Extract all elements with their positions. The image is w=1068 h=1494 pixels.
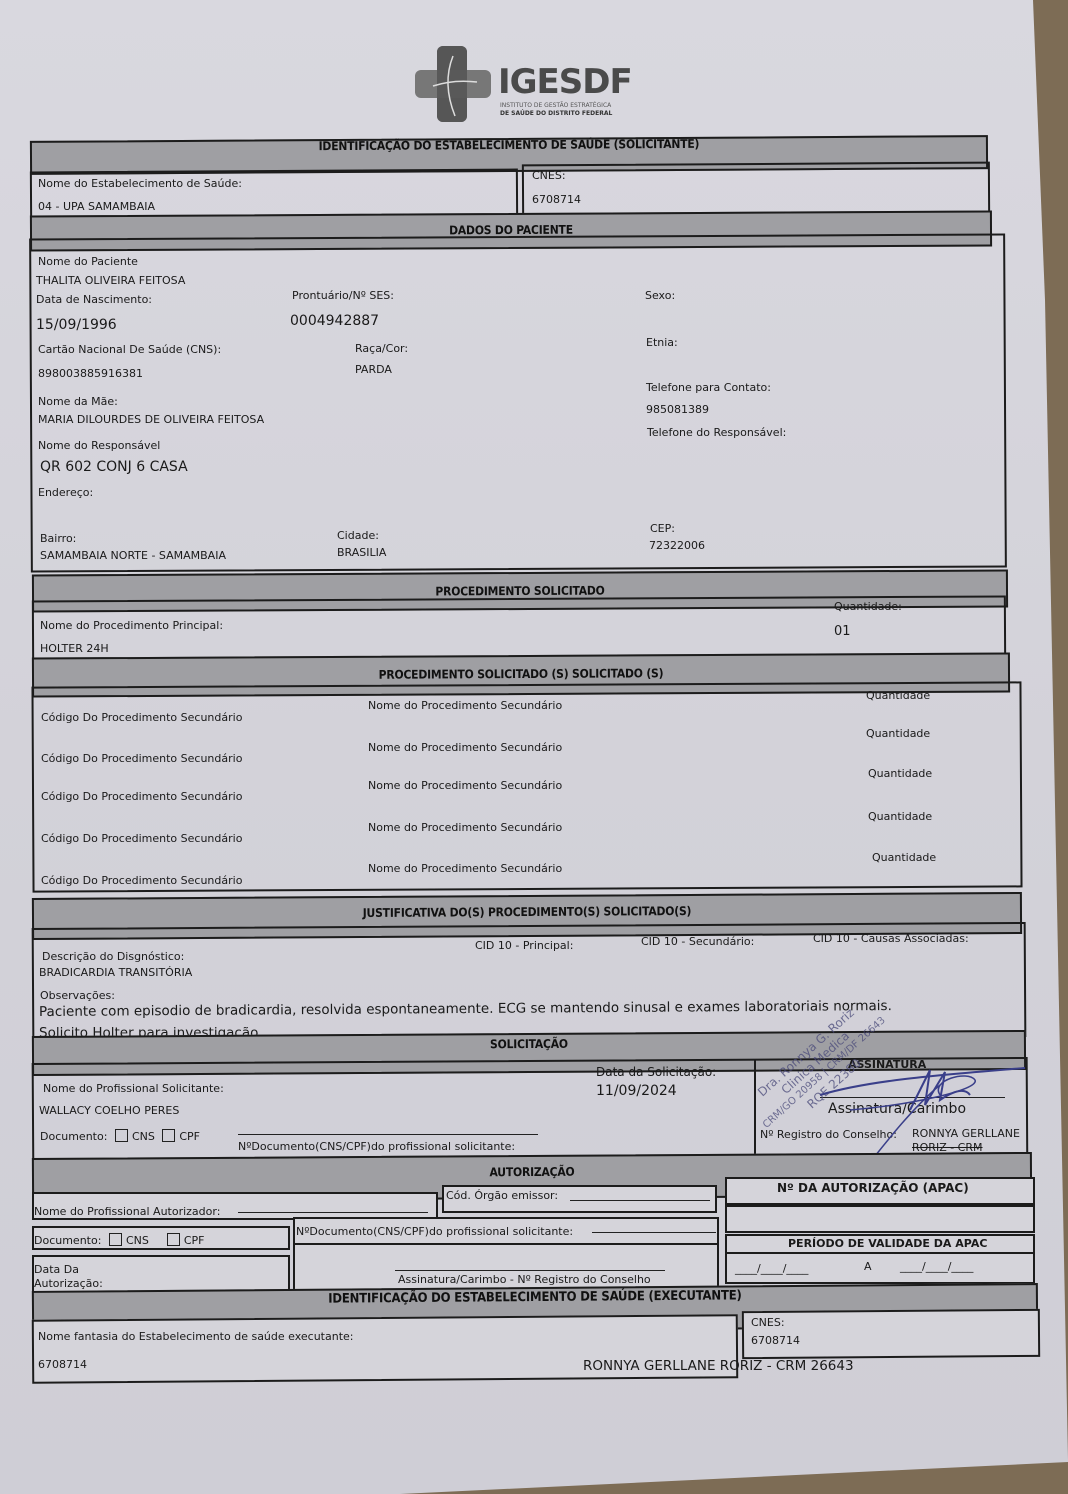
cep-value: 72322006 [649,539,705,552]
endereco-label: Endereço: [38,486,93,499]
documento-label: Documento: [34,1234,101,1247]
paciente-nome-label: Nome do Paciente [38,255,138,268]
aut-cpf-checkbox[interactable] [167,1233,180,1246]
sec-codigo-label: Código Do Procedimento Secundário [41,832,242,845]
section-title: IDENTIFICAÇÃO DO ESTABELECIMENTO DE SAÚD… [34,1286,1036,1309]
responsavel-value: QR 602 CONJ 6 CASA [40,459,188,475]
sec-nome-label: Nome do Procedimento Secundário [368,699,562,712]
autorizador-line[interactable] [238,1212,428,1213]
documento-label: Documento: [40,1130,107,1143]
nascimento-label: Data de Nascimento: [36,293,152,306]
data-solicitacao-value: 11/09/2024 [596,1083,677,1099]
ndoc-autorizador-line[interactable] [592,1232,716,1233]
estab-nome-label: Nome do Estabelecimento de Saúde: [38,177,242,190]
estab-cnes-field [522,162,990,216]
sec-codigo-label: Código Do Procedimento Secundário [41,752,242,765]
procedimento-nome-label: Nome do Procedimento Principal: [40,619,223,632]
sec-codigo-label: Código Do Procedimento Secundário [41,711,242,724]
sexo-label: Sexo: [645,289,675,302]
raca-value: PARDA [355,363,392,376]
documento-row: Documento: CNS CPF [40,1129,200,1143]
procedimento-nome-value: HOLTER 24H [40,642,109,655]
sec-quantidade-label: Quantidade [868,767,932,780]
cns-label: Cartão Nacional De Saúde (CNS): [38,343,221,356]
nascimento-value: 15/09/1996 [36,317,117,333]
assinatura-autorizador-line[interactable] [395,1270,665,1271]
profissional-solicitante-label: Nome do Profissional Solicitante: [43,1082,224,1095]
sec-quantidade-label: Quantidade [868,810,932,823]
mae-label: Nome da Mãe: [38,395,118,408]
responsavel-label: Nome do Responsável [38,439,160,452]
observacoes-label: Observações: [40,989,115,1002]
data-solicitacao-label: Data da Solicitação: [596,1065,716,1079]
assinatura-autorizador-label: Assinatura/Carimbo - Nº Registro do Cons… [398,1273,651,1286]
executante-cnes-value: 6708714 [751,1334,800,1347]
quantidade-label: Quantidade: [834,600,902,613]
cns-option-label: CNS [132,1130,155,1143]
cidade-label: Cidade: [337,529,379,542]
sec-quantidade-label: Quantidade [872,851,936,864]
apac-value-field[interactable] [725,1205,1035,1233]
cns-value: 898003885916381 [38,367,143,380]
sec-codigo-label: Código Do Procedimento Secundário [41,790,242,803]
sec-nome-label: Nome do Procedimento Secundário [368,862,562,875]
sec-nome-label: Nome do Procedimento Secundário [368,821,562,834]
logo-brand: IGESDF [498,62,632,102]
cid-principal-label: CID 10 - Principal: [475,939,573,952]
executante-cnes-label: CNES: [751,1316,785,1329]
cpf-option-label: CPF [184,1234,205,1247]
telefone-value: 985081389 [646,403,709,416]
sec-nome-label: Nome do Procedimento Secundário [368,779,562,792]
cidade-value: BRASILIA [337,546,386,559]
logo-subtitle-2: DE SAÚDE DO DISTRITO FEDERAL [500,110,612,117]
bairro-value: SAMAMBAIA NORTE - SAMAMBAIA [40,549,226,562]
validade-to[interactable]: ____/____/____ [900,1260,973,1273]
validade-label: PERÍODO DE VALIDADE DA APAC [788,1237,987,1250]
sec-nome-label: Nome do Procedimento Secundário [368,741,562,754]
bairro-label: Bairro: [40,532,76,545]
cid-secundario-label: CID 10 - Secundário: [641,935,754,948]
mae-value: MARIA DILOURDES DE OLIVEIRA FEITOSA [38,413,264,426]
ndoc-autorizador-label: NºDocumento(CNS/CPF)do profissional soli… [296,1225,573,1238]
cpf-option-label: CPF [179,1130,200,1143]
profissional-solicitante-value: WALLACY COELHO PERES [39,1104,179,1117]
section-title: JUSTIFICATIVA DO(S) PROCEDIMENTO(S) SOLI… [34,902,1020,922]
cep-label: CEP: [650,522,675,535]
descricao-label: Descrição do Disgnóstico: [42,950,184,963]
executante-nome-label: Nome fantasia do Estabelecimento de saúd… [38,1330,354,1343]
tel-responsavel-label: Telefone do Responsável: [647,426,786,439]
cns-checkbox[interactable] [115,1129,128,1142]
raca-label: Raça/Cor: [355,342,408,355]
validade-from[interactable]: ____/____/____ [735,1262,808,1275]
estab-cnes-label: CNES: [532,169,566,182]
aut-cns-checkbox[interactable] [109,1233,122,1246]
ndoc-label: NºDocumento(CNS/CPF)do profissional soli… [238,1140,515,1153]
cpf-checkbox[interactable] [162,1129,175,1142]
paciente-nome-value: THALITA OLIVEIRA FEITOSA [36,274,185,287]
prontuario-value: 0004942887 [290,313,379,329]
executante-nome-value: 6708714 [38,1358,87,1371]
telefone-label: Telefone para Contato: [646,381,771,394]
estab-cnes-value: 6708714 [532,193,581,206]
footer-signature: RONNYA GERLLANE RORIZ - CRM 26643 [583,1358,854,1374]
orgao-label: Cód. Órgão emissor: [446,1189,558,1202]
etnia-label: Etnia: [646,336,678,349]
prontuario-label: Prontuário/Nº SES: [292,289,394,302]
estab-nome-value: 04 - UPA SAMAMBAIA [38,200,155,213]
apac-label: Nº DA AUTORIZAÇÃO (APAC) [777,1181,969,1195]
sec-codigo-label: Código Do Procedimento Secundário [41,874,242,887]
sec-quantidade-label: Quantidade [866,689,930,702]
autorizador-label: Nome do Profissional Autorizador: [34,1205,220,1218]
data-autorizacao-label-2: Autorização: [34,1277,103,1290]
orgao-line[interactable] [570,1200,710,1201]
logo-subtitle-1: INSTITUTO DE GESTÃO ESTRATÉGICA [500,102,611,109]
quantidade-value: 01 [834,624,851,639]
cns-option-label: CNS [126,1234,149,1247]
descricao-value: BRADICARDIA TRANSITÓRIA [39,966,192,979]
data-autorizacao-label-1: Data Da [34,1263,79,1276]
validade-separator: A [864,1260,872,1273]
section-title: PROCEDIMENTO SOLICITADO (S) SOLICITADO (… [34,664,1008,683]
cid-causas-label: CID 10 - Causas Associadas: [813,932,969,945]
sec-quantidade-label: Quantidade [866,727,930,740]
doc-autorizador-row: Documento: CNS CPF [34,1233,205,1247]
ndoc-line[interactable] [238,1134,538,1135]
